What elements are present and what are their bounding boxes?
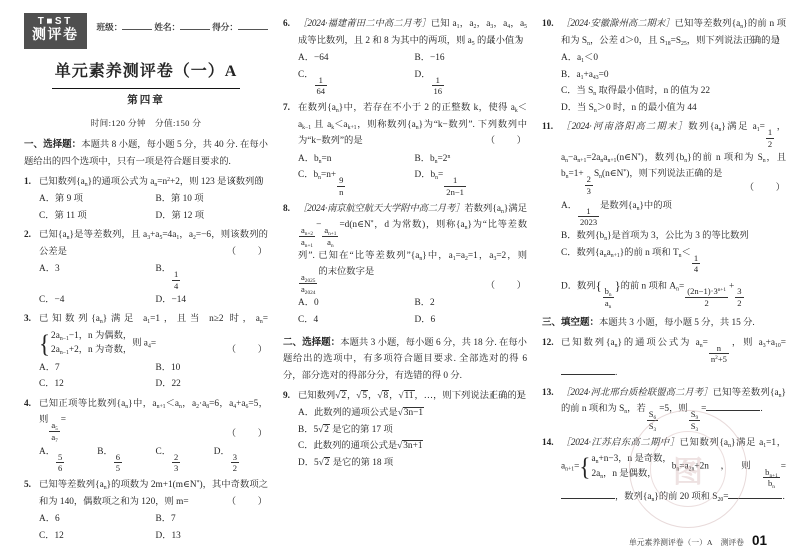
question-3-answer-paren: （ ） [227, 342, 268, 359]
question-13-stem: ［2024·河北邢台质检联盟高二月考］已知等差数列{an}的前 n 项和为 Sn… [561, 385, 786, 432]
title-block: 单元素养测评卷（一）A 第四章 时间:120 分钟 分值:150 分 [24, 58, 268, 131]
question-7-option-c: C．bn=n+9n [298, 167, 411, 197]
question-5-option-d: D．13 [156, 528, 269, 545]
question-7-option-b: B．bn=2n [415, 151, 528, 168]
question-10-option-b: B．a1+a43=0 [561, 67, 786, 84]
question-14-number: 14. [542, 435, 554, 452]
score-fill-line [238, 21, 268, 30]
score-blank: 得分： [212, 20, 268, 35]
question-8-answer-paren: （ ） [486, 278, 527, 295]
question-8-stem-row: ［2024·南京航空航天大学附中高二月考］若数列{an}满足an+2an+1−a… [298, 201, 527, 295]
question-4-number: 4. [24, 396, 31, 413]
question-10-option-c: C．当 Sn 取得最小值时，n 的值为 22 [561, 83, 786, 100]
question-2-options: A．3 B．14 C．−4 D．−14 [39, 261, 268, 308]
question-1-option-a: A．第 9 项 [39, 191, 152, 208]
question-5-options: A．6 B．7 C．12 D．13 [39, 511, 268, 544]
question-11-option-a: A．12023是数列{an}中的项 [561, 198, 786, 228]
question-12-stem: 已知数列{an}的通项公式为 an=nn2+5，则 a3+a10=. [561, 335, 786, 382]
question-5-option-c: C．12 [39, 528, 152, 545]
question-6-stem-row: ［2024·福建莆田二中高二月考］已知 a1，a2，a3，a4，a5 成等比数列… [298, 16, 527, 49]
question-10-options: A．a1＜0 B．a1+a43=0 C．当 Sn 取得最小值时，n 的值为 22… [561, 50, 786, 116]
question-8-option-b: B．2 [415, 295, 528, 312]
page-footer: 单元素养测评卷（一）A 测评卷 01 [629, 533, 767, 548]
question-7-option-d: D．bn=12n−1 [415, 167, 528, 197]
test-paper-page: T■ST 测评卷 班级： 姓名： 得分： 单元素养测评卷（一）A 第四章 时间:… [0, 0, 793, 554]
question-1-option-c: C．第 11 项 [39, 208, 152, 225]
question-9-option-a: A．此数列的通项公式是√3n−1 [298, 405, 527, 422]
question-5-number: 5. [24, 477, 31, 494]
name-fill-line [180, 21, 210, 30]
question-3-option-d: D．22 [156, 376, 269, 393]
question-14: 14. ［2024·江苏启东高二期中］已知数列{an}满足 a1=1，an+1=… [542, 435, 786, 506]
question-6-option-d: D．116 [415, 67, 528, 97]
column-3: 10. ［2024·安徽滁州高二期末］已知等差数列{an}的前 n 项和为 Sn… [542, 13, 786, 544]
logo-line-1: T■ST [32, 16, 79, 28]
question-4-option-b: B．65 [97, 444, 151, 474]
question-2-number: 2. [24, 227, 31, 244]
three-column-layout: T■ST 测评卷 班级： 姓名： 得分： 单元素养测评卷（一）A 第四章 时间:… [0, 0, 793, 550]
paper-header: T■ST 测评卷 班级： 姓名： 得分： [24, 13, 268, 49]
question-11-option-d: D．数列{bnan}的前 n 项和 An=(2n−1)·3n+12+32 [561, 275, 786, 309]
page-number: 01 [752, 533, 767, 548]
question-13-number: 13. [542, 385, 554, 402]
question-10: 10. ［2024·安徽滁州高二期末］已知等差数列{an}的前 n 项和为 Sn… [542, 16, 786, 116]
section-2-header: 二、选择题：本题共 3 小题，每小题 6 分，共 18 分. 在每小题给出的选项… [283, 335, 527, 385]
class-blank: 班级： [97, 20, 153, 35]
question-4-option-a: A．56 [39, 444, 93, 474]
question-3-options: A．7 B．10 C．12 D．22 [39, 360, 268, 393]
question-9-stem-row: 已知数列√2，√5，√8，√11，…，则下列说法正确的是 （ ） [298, 388, 527, 405]
question-1-options: A．第 9 项 B．第 10 项 C．第 11 项 D．第 12 项 [39, 191, 268, 224]
student-info-blanks: 班级： 姓名： 得分： [97, 13, 269, 35]
question-2-option-c: C．−4 [39, 292, 152, 309]
question-13-stem-row: ［2024·河北邢台质检联盟高二月考］已知等差数列{an}的前 n 项和为 Sn… [561, 385, 786, 432]
question-5: 5. 已知等差数列{an}的项数为 2m+1(m∈N*)，其中奇数项之和为 14… [24, 477, 268, 544]
question-1: 1. 已知数列{an}的通项公式为 an=n2+2，则 123 是该数列的 （ … [24, 174, 268, 225]
question-9-option-b: B．5√2 是它的第 17 项 [298, 422, 527, 439]
question-6-number: 6. [283, 16, 290, 33]
paper-title: 单元素养测评卷（一）A [52, 58, 241, 89]
question-5-option-a: A．6 [39, 511, 152, 528]
question-6-option-b: B．−16 [415, 50, 528, 67]
question-5-stem-row: 已知等差数列{an}的项数为 2m+1(m∈N*)，其中奇数项之和为 140，偶… [39, 477, 268, 510]
question-8: 8. ［2024·南京航空航天大学附中高二月考］若数列{an}满足an+2an+… [283, 201, 527, 329]
question-14-stem: ［2024·江苏启东高二期中］已知数列{an}满足 a1=1，an+1={an+… [561, 435, 786, 506]
section-1-label: 一、选择题： [24, 140, 81, 150]
section-3-header: 三、填空题：本题共 3 小题，每小题 5 分，共 15 分. [542, 315, 786, 332]
question-9-answer-paren: （ ） [486, 388, 527, 405]
question-3-option-b: B．10 [156, 360, 269, 377]
question-6-option-a: A．−64 [298, 50, 411, 67]
question-7: 7. 在数列{an}中，若存在不小于 2 的正整数 k，使得 ak＜ak−1 且… [283, 100, 527, 198]
question-2-answer-paren: （ ） [227, 244, 268, 261]
question-6-answer-paren: （ ） [486, 33, 527, 50]
question-3-number: 3. [24, 311, 31, 328]
question-7-answer-paren: （ ） [486, 133, 527, 150]
question-6-options: A．−64 B．−16 C．164 D．116 [298, 50, 527, 97]
question-9-option-c: C．此数列的通项公式是√3n+1 [298, 438, 527, 455]
name-blank: 姓名： [154, 20, 210, 35]
question-9-options: A．此数列的通项公式是√3n−1 B．5√2 是它的第 17 项 C．此数列的通… [298, 405, 527, 471]
question-1-option-d: D．第 12 项 [156, 208, 269, 225]
question-6: 6. ［2024·福建莆田二中高二月考］已知 a1，a2，a3，a4，a5 成等… [283, 16, 527, 97]
question-10-answer-paren: （ ） [745, 33, 786, 50]
question-1-answer-paren: （ ） [227, 174, 268, 191]
question-7-option-a: A．bn=n [298, 151, 411, 168]
question-8-number: 8. [283, 201, 290, 218]
question-4-stem-row: 已知正项等比数列{an}中，an+1＜an，a2·a8=6，a4+a6=5，则a… [39, 396, 268, 443]
question-8-option-c: C．4 [298, 312, 411, 329]
footer-series-label: 测评卷 [721, 537, 744, 548]
question-8-options: A．0 B．2 C．4 D．6 [298, 295, 527, 328]
question-4-options: A．56 B．65 C．23 D．32 [39, 444, 268, 474]
question-2-option-b: B．14 [156, 261, 269, 291]
question-11-answer-paren: （ ） [745, 180, 786, 197]
question-12-stem-row: 已知数列{an}的通项公式为 an=nn2+5，则 a3+a10=. [561, 335, 786, 382]
question-7-options: A．bn=n B．bn=2n C．bn=n+9n D．bn=12n−1 [298, 151, 527, 198]
section-2-label: 二、选择题： [283, 338, 340, 348]
name-label: 姓名： [154, 22, 180, 32]
question-11-option-c: C．数列{anan+1}的前 n 项和 Tn＜14 [561, 245, 786, 275]
question-2: 2. 已知{an}是等差数列，且 a3+a5=4a1，a2=−6，则该数列的公差… [24, 227, 268, 308]
question-3-option-c: C．12 [39, 376, 152, 393]
question-11-stem-row: ［2024·河南洛阳高二期末］数列{an}满足 a1=12，an−an+1=2a… [561, 119, 786, 196]
question-9-option-d: D．5√2 是它的第 18 项 [298, 455, 527, 472]
question-7-number: 7. [283, 100, 290, 117]
question-10-number: 10. [542, 16, 554, 33]
question-4: 4. 已知正项等比数列{an}中，an+1＜an，a2·a8=6，a4+a6=5… [24, 396, 268, 474]
question-10-option-a: A．a1＜0 [561, 50, 786, 67]
test-brand-logo: T■ST 测评卷 [24, 13, 87, 49]
question-11: 11. ［2024·河南洛阳高二期末］数列{an}满足 a1=12，an−an+… [542, 119, 786, 309]
question-11-number: 11. [542, 119, 553, 136]
question-11-option-b: B．数列{bn}是首项为 3，公比为 3 的等比数列 [561, 228, 786, 245]
question-9-number: 9. [283, 388, 290, 405]
section-3-label: 三、填空题： [542, 318, 599, 328]
question-2-option-d: D．−14 [156, 292, 269, 309]
question-1-option-b: B．第 10 项 [156, 191, 269, 208]
question-4-option-c: C．23 [156, 444, 210, 474]
time-score-meta: 时间:120 分钟 分值:150 分 [24, 116, 268, 131]
question-10-stem-row: ［2024·安徽滁州高二期末］已知等差数列{an}的前 n 项和为 Sn，公差 … [561, 16, 786, 49]
question-12-number: 12. [542, 335, 554, 352]
score-label: 得分： [212, 22, 238, 32]
question-2-stem-row: 已知{an}是等差数列，且 a3+a5=4a1，a2=−6，则该数列的公差是 （… [39, 227, 268, 260]
class-fill-line [122, 21, 152, 30]
question-5-option-b: B．7 [156, 511, 269, 528]
column-2: 6. ［2024·福建莆田二中高二月考］已知 a1，a2，a3，a4，a5 成等… [283, 13, 527, 544]
question-8-option-a: A．0 [298, 295, 411, 312]
question-3-stem-row: 已知数列{an}满足 a1=1，且当 n≥2 时，an={2an−1−1，n 为… [39, 311, 268, 358]
section-1-header: 一、选择题：本题共 8 小题，每小题 5 分，共 40 分. 在每小题给出的四个… [24, 137, 268, 170]
question-12: 12. 已知数列{an}的通项公式为 an=nn2+5，则 a3+a10=. [542, 335, 786, 382]
question-7-stem-row: 在数列{an}中，若存在不小于 2 的正整数 k，使得 ak＜ak−1 且 ak… [298, 100, 527, 150]
footer-paper-title: 单元素养测评卷（一）A [629, 537, 713, 548]
question-9: 9. 已知数列√2，√5，√8，√11，…，则下列说法正确的是 （ ） A．此数… [283, 388, 527, 472]
question-8-option-d: D．6 [415, 312, 528, 329]
class-label: 班级： [97, 22, 123, 32]
question-6-option-c: C．164 [298, 67, 411, 97]
question-14-stem-row: ［2024·江苏启东高二期中］已知数列{an}满足 a1=1，an+1={an+… [561, 435, 786, 506]
question-2-option-a: A．3 [39, 261, 152, 291]
column-1: T■ST 测评卷 班级： 姓名： 得分： 单元素养测评卷（一）A 第四章 时间:… [24, 13, 268, 544]
question-13: 13. ［2024·河北邢台质检联盟高二月考］已知等差数列{an}的前 n 项和… [542, 385, 786, 432]
question-4-option-d: D．32 [214, 444, 268, 474]
question-11-options: A．12023是数列{an}中的项 B．数列{bn}是首项为 3，公比为 3 的… [561, 198, 786, 309]
question-1-stem-row: 已知数列{an}的通项公式为 an=n2+2，则 123 是该数列的 （ ） [39, 174, 268, 191]
question-3: 3. 已知数列{an}满足 a1=1，且当 n≥2 时，an={2an−1−1，… [24, 311, 268, 392]
question-3-option-a: A．7 [39, 360, 152, 377]
question-10-option-d: D．当 Sn＞0 时，n 的最小值为 44 [561, 100, 786, 117]
logo-line-2: 测评卷 [32, 28, 79, 45]
question-4-answer-paren: （ ） [227, 426, 268, 443]
section-3-desc: 本题共 3 小题，每小题 5 分，共 15 分. [599, 318, 755, 328]
chapter-subtitle: 第四章 [24, 92, 268, 111]
question-5-answer-paren: （ ） [227, 494, 268, 511]
question-1-number: 1. [24, 174, 31, 191]
